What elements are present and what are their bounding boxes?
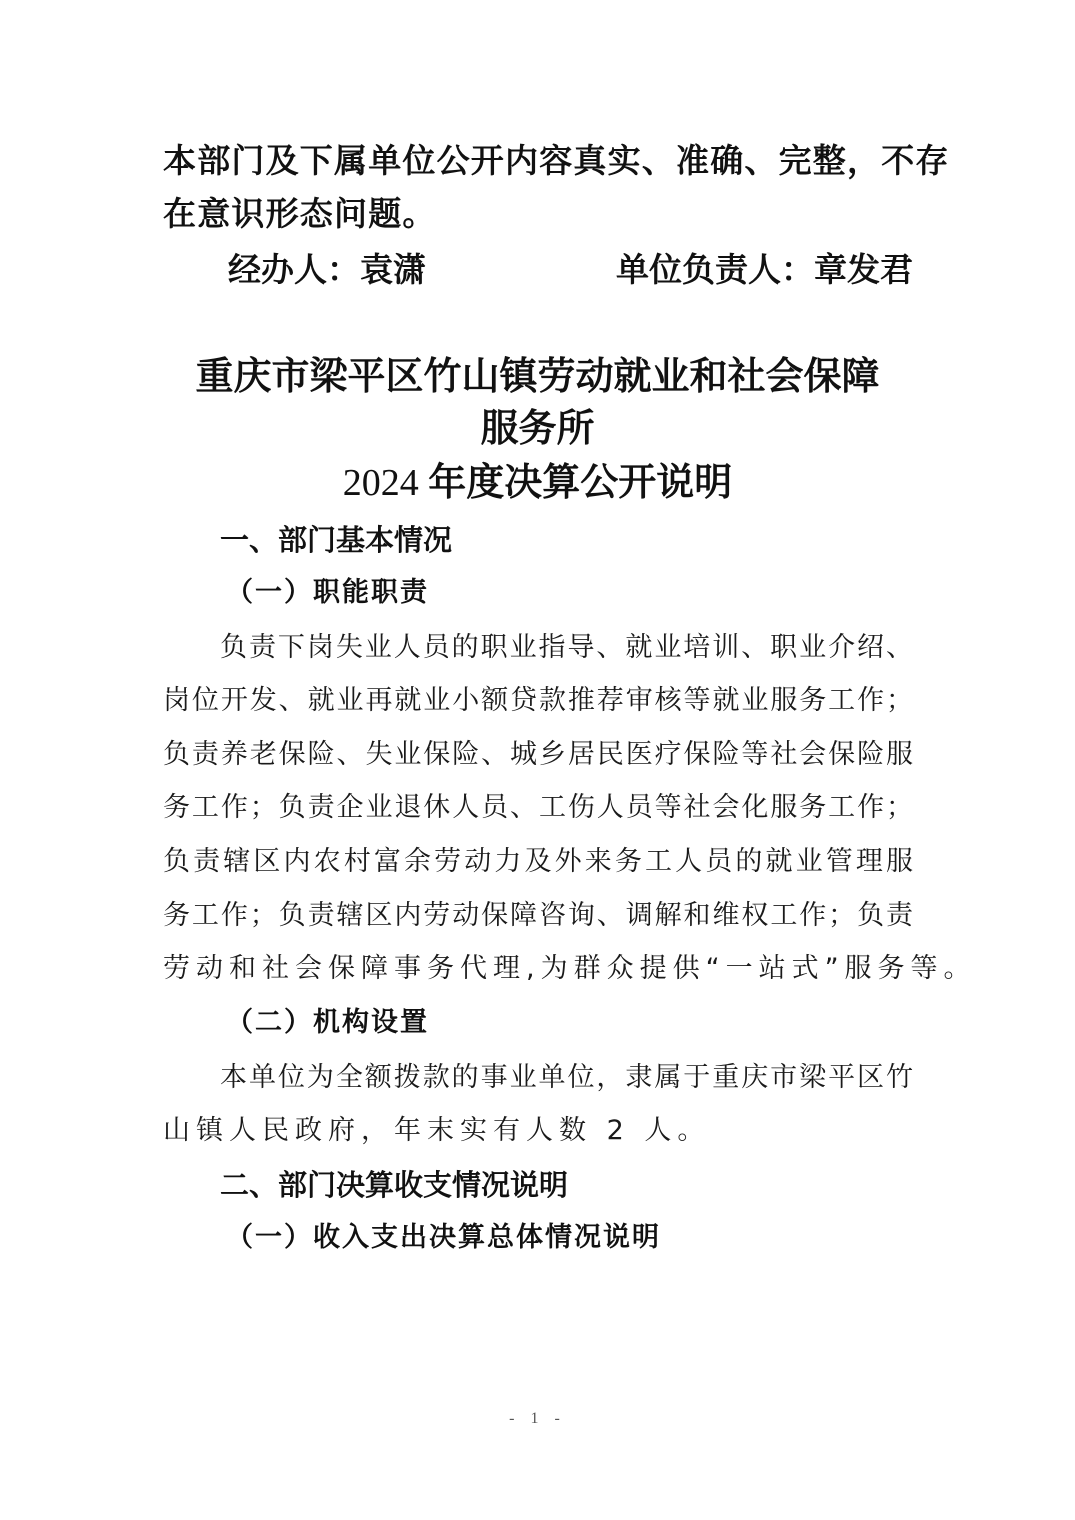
paragraph-line: 负责辖区内农村富余劳动力及外来务工人员的就业管理服 [163,842,913,882]
responsible-person-label: 单位负责人：章发君 [616,250,913,290]
paragraph-line: 本单位为全额拨款的事业单位，隶属于重庆市梁平区竹 [220,1058,913,1098]
document-title-line-1: 重庆市梁平区竹山镇劳动就业和社会保障 [0,352,1075,400]
title-year-text: 年度决算公开说明 [428,459,732,504]
document-title-line-2: 服务所 [0,404,1075,452]
handler-label: 经办人：袁潇 [228,250,426,290]
paragraph-line: 负责下岗失业人员的职业指导、就业培训、职业介绍、 [220,628,913,668]
signature-row: 经办人：袁潇 单位负责人：章发君 [228,250,913,290]
section-heading-basic-info: 一、部门基本情况 [220,520,452,560]
paragraph-line: 务工作；负责辖区内劳动保障咨询、调解和维权工作；负责 [163,896,913,936]
section-heading-budget: 二、部门决算收支情况说明 [220,1165,568,1205]
paragraph-line: 务工作；负责企业退休人员、工伤人员等社会化服务工作； [163,788,913,828]
subsection-heading-overall: （一）收入支出决算总体情况说明 [226,1218,661,1258]
title-year: 2024 [343,462,419,504]
paragraph-line: 岗位开发、就业再就业小额贷款推荐审核等就业服务工作； [163,681,913,721]
subsection-heading-functions: （一）职能职责 [226,573,429,613]
statement-line-2: 在意识形态问题。 [163,194,913,234]
document-title-line-3: 2024 年度决算公开说明 [0,458,1075,507]
statement-line-1: 本部门及下属单位公开内容真实、准确、完整，不存 [163,141,913,181]
subsection-heading-organization: （二）机构设置 [226,1003,429,1043]
paragraph-line: 劳动和社会保障事务代理,为群众提供“一站式”服务等。 [163,949,913,989]
page-number: - 1 - [0,1410,1075,1428]
paragraph-line: 负责养老保险、失业保险、城乡居民医疗保险等社会保险服 [163,735,913,775]
paragraph-line: 山镇人民政府，年末实有人数 2 人。 [163,1111,913,1151]
document-page: 本部门及下属单位公开内容真实、准确、完整，不存 在意识形态问题。 经办人：袁潇 … [0,0,1075,1520]
